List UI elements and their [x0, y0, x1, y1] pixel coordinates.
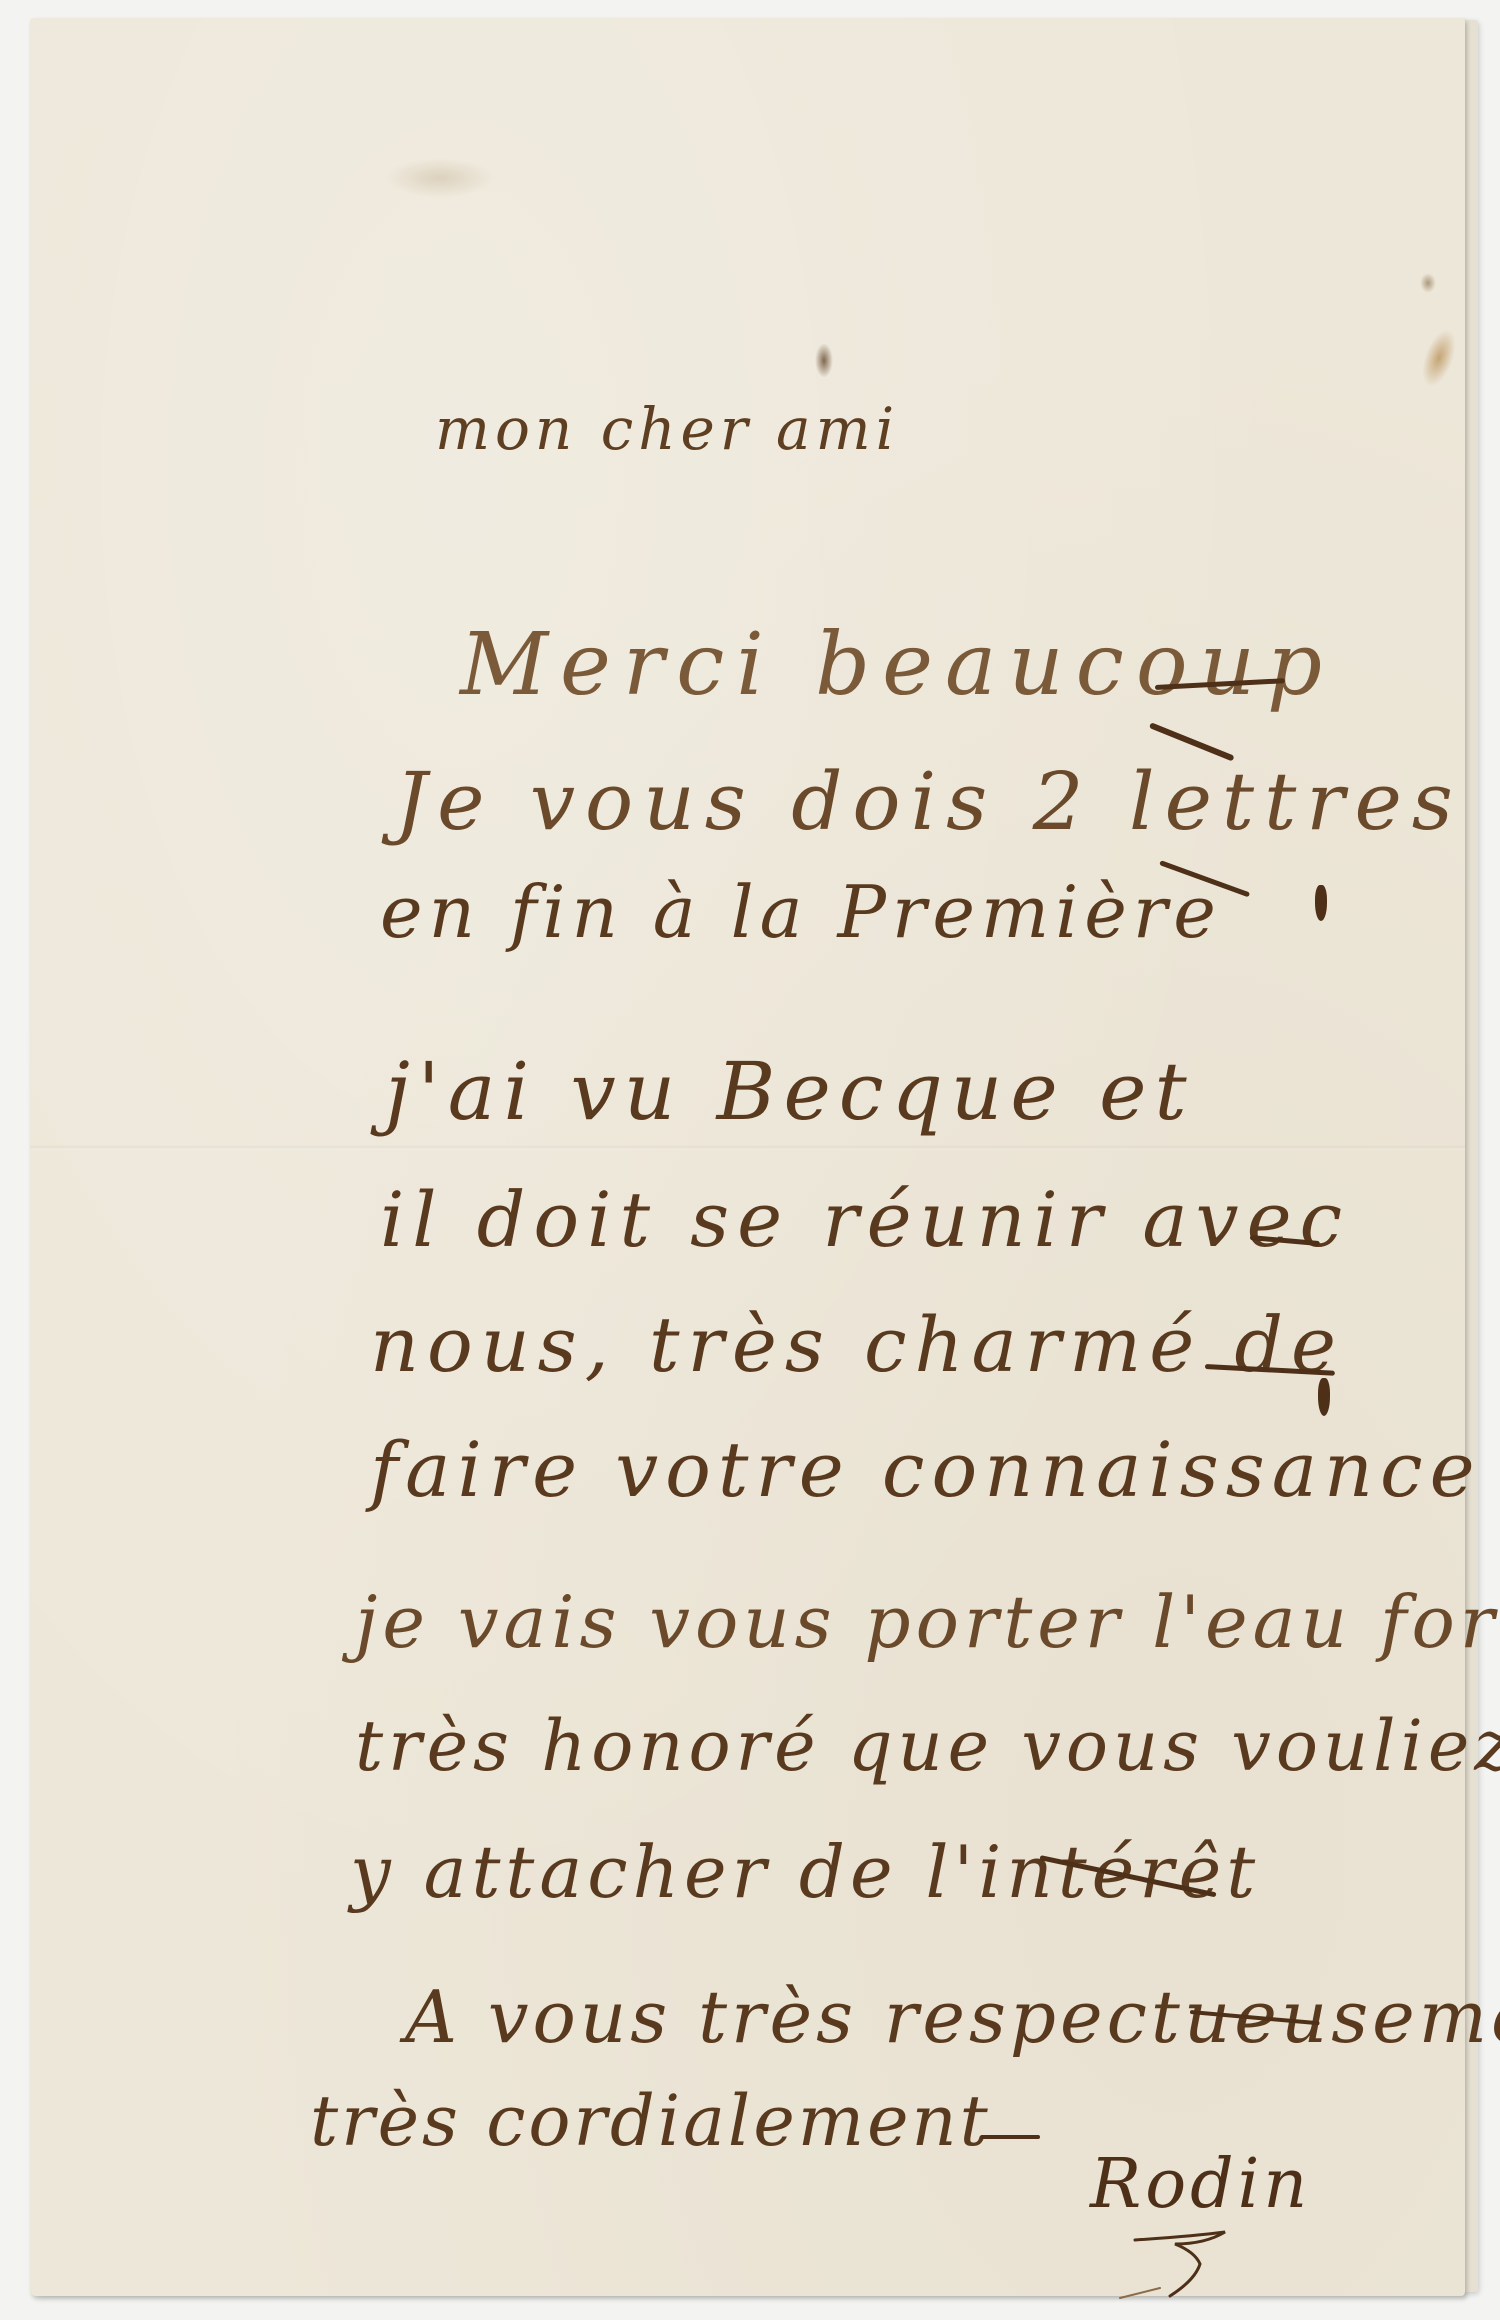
letter-line: il doit se réunir avec: [380, 1175, 1350, 1264]
letter-line: Merci beaucoup: [460, 615, 1334, 715]
dash-stroke: [980, 2135, 1040, 2139]
ink-blot: [1315, 885, 1327, 921]
letter-line: je vais vous porter l'eau forte: [355, 1580, 1500, 1664]
signature-flourish: [1115, 2230, 1265, 2300]
letter-content: mon cher ami Merci beaucoup Je vous dois…: [0, 0, 1500, 2320]
signature: Rodin: [1090, 2145, 1311, 2224]
letter-line: j'ai vu Becque et: [385, 1045, 1195, 1138]
letter-salutation: mon cher ami: [435, 395, 899, 463]
letter-line: A vous très respectueusement et: [405, 1975, 1500, 2059]
letter-line: très honoré que vous vouliez bien: [355, 1705, 1500, 1787]
letter-line: faire votre connaissance: [370, 1425, 1482, 1514]
letter-line: en fin à la Première: [380, 870, 1222, 954]
letter-line: Je vous dois 2 lettres: [395, 755, 1463, 848]
ink-blot: [1318, 1378, 1330, 1416]
letter-line: nous, très charmé de: [370, 1300, 1344, 1389]
letter-line: très cordialement: [310, 2080, 991, 2162]
